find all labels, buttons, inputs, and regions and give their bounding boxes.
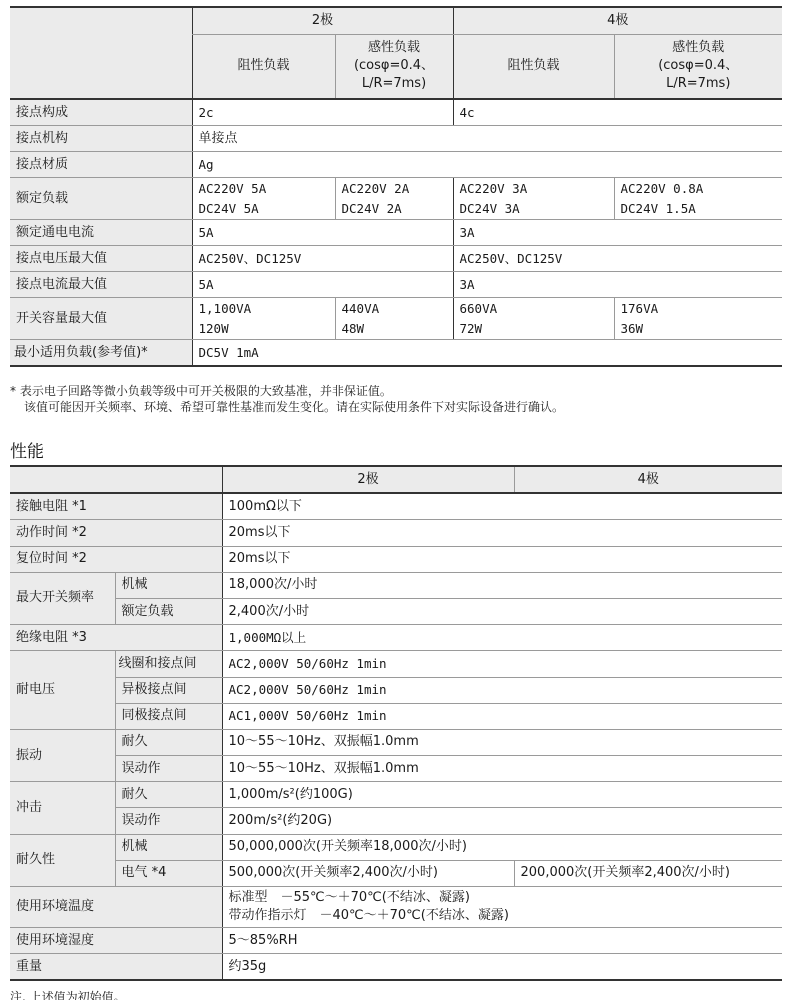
value-4p: 200,000次(开关频率2,400次/小时)	[514, 860, 782, 886]
value: 200m/s²(约20G)	[222, 808, 782, 834]
performance-header: 2极 4极	[10, 466, 782, 493]
section-title-performance: 性能	[10, 437, 44, 462]
sublabel-durability: 耐久	[115, 782, 222, 808]
label-insulation: 绝缘电阻 *3	[10, 625, 222, 651]
value-all: Ag	[192, 152, 782, 178]
value: 约35g	[222, 954, 782, 981]
contact-spec-table: 2极 4极 阻性负载 感性负载 (cosφ=0.4、 L/R=7ms) 阻性负载…	[10, 6, 782, 367]
line-va: 1,100VA	[199, 299, 329, 319]
line-va: 176VA	[621, 299, 777, 319]
header-4p-inductive: 感性负载 (cosφ=0.4、 L/R=7ms)	[614, 34, 782, 99]
header-corner	[10, 466, 222, 493]
temp-standard: 标准型 －55℃～＋70℃(不结冰、凝露)	[229, 889, 777, 907]
label-vibration: 振动	[10, 729, 115, 781]
label-rated-load: 额定负载	[10, 178, 192, 220]
row-dielectric-coil: 耐电压 线圈和接点间 AC2,000V 50/60Hz 1min	[10, 651, 782, 677]
header-4-pole: 4极	[514, 466, 782, 493]
value: 18,000次/小时	[222, 572, 782, 598]
temp-indicator: 带动作指示灯 －40℃～＋70℃(不结冰、凝露)	[229, 907, 777, 925]
value: 20ms以下	[222, 520, 782, 546]
performance-footnote: 注. 上述值为初始值。	[10, 988, 126, 1000]
header-2p-resistive: 阻性负载	[192, 34, 335, 99]
row-min-load: 最小适用负载(参考值)* DC5V 1mA	[10, 340, 782, 367]
value-2p-resistive: AC220V 5ADC24V 5A	[192, 178, 335, 220]
label-contact-mechanism: 接点机构	[10, 126, 192, 152]
inductive-label: 感性负载	[342, 39, 447, 57]
line-w: 120W	[199, 319, 329, 339]
value-2p: 500,000次(开关频率2,400次/小时)	[222, 860, 514, 886]
value-2p-resistive: 1,100VA120W	[192, 298, 335, 340]
value-4p: AC250V、DC125V	[453, 246, 782, 272]
sublabel-elec: 电气 *4	[115, 860, 222, 886]
value: 10～55～10Hz、双振幅1.0mm	[222, 756, 782, 782]
row-max-voltage: 接点电压最大值 AC250V、DC125V AC250V、DC125V	[10, 246, 782, 272]
header-2-pole: 2极	[222, 466, 514, 493]
row-endurance-mech: 耐久性 机械 50,000,000次(开关频率18,000次/小时)	[10, 834, 782, 860]
line-va: 440VA	[342, 299, 447, 319]
sublabel-same-pole: 同极接点间	[115, 703, 222, 729]
label-contact-form: 接点构成	[10, 99, 192, 126]
line-w: 72W	[460, 319, 608, 339]
value: 1,000MΩ以上	[222, 625, 782, 651]
line-ac: AC220V 0.8A	[621, 179, 777, 199]
sublabel-durability: 耐久	[115, 729, 222, 755]
label-max-current: 接点电流最大值	[10, 272, 192, 298]
row-contact-form: 接点构成 2c 4c	[10, 99, 782, 126]
label-operate-time: 动作时间 *2	[10, 520, 222, 546]
value-2p-inductive: AC220V 2ADC24V 2A	[335, 178, 453, 220]
value: AC2,000V 50/60Hz 1min	[222, 651, 782, 677]
sublabel-diff-pole: 异极接点间	[115, 677, 222, 703]
line-dc: DC24V 1.5A	[621, 199, 777, 219]
line-dc: DC24V 5A	[199, 199, 329, 219]
sublabel-malfunction: 误动作	[115, 808, 222, 834]
value-2p-inductive: 440VA48W	[335, 298, 453, 340]
sublabel-coil-contact: 线圈和接点间	[115, 651, 222, 677]
label-contact-material: 接点材质	[10, 152, 192, 178]
note-line-2: 该值可能因开关频率、环境、希望可靠性基准而发生变化。请在实际使用条件下对实际设备…	[10, 399, 564, 415]
value: AC2,000V 50/60Hz 1min	[222, 677, 782, 703]
value-4p-resistive: AC220V 3ADC24V 3A	[453, 178, 614, 220]
header-corner	[10, 7, 192, 99]
label-max-switching: 开关容量最大值	[10, 298, 192, 340]
sublabel-malfunction: 误动作	[115, 756, 222, 782]
value-2p: AC250V、DC125V	[192, 246, 453, 272]
header-4p-resistive: 阻性负载	[453, 34, 614, 99]
performance-table: 2极 4极 接触电阻 *1 100mΩ以下 动作时间 *2 20ms以下 复位时…	[10, 465, 782, 981]
row-contact-resistance: 接触电阻 *1 100mΩ以下	[10, 493, 782, 520]
value-4p: 3A	[453, 272, 782, 298]
contact-table-notes: * 表示电子回路等微小负载等级中可开关极限的大致基准，并非保证值。 该值可能因开…	[10, 383, 564, 415]
label-shock: 冲击	[10, 782, 115, 834]
value-2p: 2c	[192, 99, 453, 126]
row-max-freq-rated: 额定负载 2,400次/小时	[10, 598, 782, 624]
row-max-current: 接点电流最大值 5A 3A	[10, 272, 782, 298]
label-rated-current: 额定通电电流	[10, 220, 192, 246]
label-endurance: 耐久性	[10, 834, 115, 886]
label-max-voltage: 接点电压最大值	[10, 246, 192, 272]
row-weight: 重量 约35g	[10, 954, 782, 981]
value: 100mΩ以下	[222, 493, 782, 520]
value-4p: 4c	[453, 99, 782, 126]
inductive-lr: L/R=7ms)	[621, 75, 777, 93]
label-release-time: 复位时间 *2	[10, 546, 222, 572]
label-ambient-humidity: 使用环境湿度	[10, 928, 222, 954]
value: AC1,000V 50/60Hz 1min	[222, 703, 782, 729]
label-weight: 重量	[10, 954, 222, 981]
row-ambient-temp: 使用环境温度 标准型 －55℃～＋70℃(不结冰、凝露) 带动作指示灯 －40℃…	[10, 887, 782, 928]
line-w: 36W	[621, 319, 777, 339]
value: 标准型 －55℃～＋70℃(不结冰、凝露) 带动作指示灯 －40℃～＋70℃(不…	[222, 887, 782, 928]
value: 1,000m/s²(约100G)	[222, 782, 782, 808]
row-contact-material: 接点材质 Ag	[10, 152, 782, 178]
row-shock-malfunction: 误动作 200m/s²(约20G)	[10, 808, 782, 834]
header-4-pole: 4极	[453, 7, 782, 34]
line-ac: AC220V 3A	[460, 179, 608, 199]
label-dielectric: 耐电压	[10, 651, 115, 730]
value: 5～85%RH	[222, 928, 782, 954]
row-endurance-elec: 电气 *4 500,000次(开关频率2,400次/小时) 200,000次(开…	[10, 860, 782, 886]
line-va: 660VA	[460, 299, 608, 319]
line-dc: DC24V 2A	[342, 199, 447, 219]
value: 50,000,000次(开关频率18,000次/小时)	[222, 834, 782, 860]
value-all: DC5V 1mA	[192, 340, 782, 367]
value: 20ms以下	[222, 546, 782, 572]
line-ac: AC220V 2A	[342, 179, 447, 199]
label-contact-resistance: 接触电阻 *1	[10, 493, 222, 520]
sublabel-rated: 额定负载	[115, 598, 222, 624]
label-max-freq: 最大开关频率	[10, 572, 115, 624]
row-max-switching: 开关容量最大值 1,100VA120W 440VA48W 660VA72W 17…	[10, 298, 782, 340]
row-shock-durability: 冲击 耐久 1,000m/s²(约100G)	[10, 782, 782, 808]
row-vibration-malfunction: 误动作 10～55～10Hz、双振幅1.0mm	[10, 756, 782, 782]
line-w: 48W	[342, 319, 447, 339]
value: 2,400次/小时	[222, 598, 782, 624]
row-dielectric-same: 同极接点间 AC1,000V 50/60Hz 1min	[10, 703, 782, 729]
inductive-cos: (cosφ=0.4、	[342, 57, 447, 75]
note-line-1: * 表示电子回路等微小负载等级中可开关极限的大致基准，并非保证值。	[10, 383, 564, 399]
row-contact-mechanism: 接点机构 单接点	[10, 126, 782, 152]
row-dielectric-diff: 异极接点间 AC2,000V 50/60Hz 1min	[10, 677, 782, 703]
sublabel-mech: 机械	[115, 572, 222, 598]
value-all: 单接点	[192, 126, 782, 152]
row-max-freq-mech: 最大开关频率 机械 18,000次/小时	[10, 572, 782, 598]
value-4p-inductive: AC220V 0.8ADC24V 1.5A	[614, 178, 782, 220]
value-4p-resistive: 660VA72W	[453, 298, 614, 340]
value: 10～55～10Hz、双振幅1.0mm	[222, 729, 782, 755]
value-2p: 5A	[192, 272, 453, 298]
line-ac: AC220V 5A	[199, 179, 329, 199]
inductive-lr: L/R=7ms)	[342, 75, 447, 93]
row-vibration-durability: 振动 耐久 10～55～10Hz、双振幅1.0mm	[10, 729, 782, 755]
row-insulation: 绝缘电阻 *3 1,000MΩ以上	[10, 625, 782, 651]
value-2p: 5A	[192, 220, 453, 246]
label-min-load: 最小适用负载(参考值)*	[10, 340, 192, 367]
row-rated-load: 额定负载 AC220V 5ADC24V 5A AC220V 2ADC24V 2A…	[10, 178, 782, 220]
inductive-label: 感性负载	[621, 39, 777, 57]
row-release-time: 复位时间 *2 20ms以下	[10, 546, 782, 572]
row-operate-time: 动作时间 *2 20ms以下	[10, 520, 782, 546]
label-ambient-temp: 使用环境温度	[10, 887, 222, 928]
header-2p-inductive: 感性负载 (cosφ=0.4、 L/R=7ms)	[335, 34, 453, 99]
line-dc: DC24V 3A	[460, 199, 608, 219]
inductive-cos: (cosφ=0.4、	[621, 57, 777, 75]
header-2-pole: 2极	[192, 7, 453, 34]
row-ambient-humidity: 使用环境湿度 5～85%RH	[10, 928, 782, 954]
row-rated-current: 额定通电电流 5A 3A	[10, 220, 782, 246]
value-4p: 3A	[453, 220, 782, 246]
sublabel-mech: 机械	[115, 834, 222, 860]
value-4p-inductive: 176VA36W	[614, 298, 782, 340]
